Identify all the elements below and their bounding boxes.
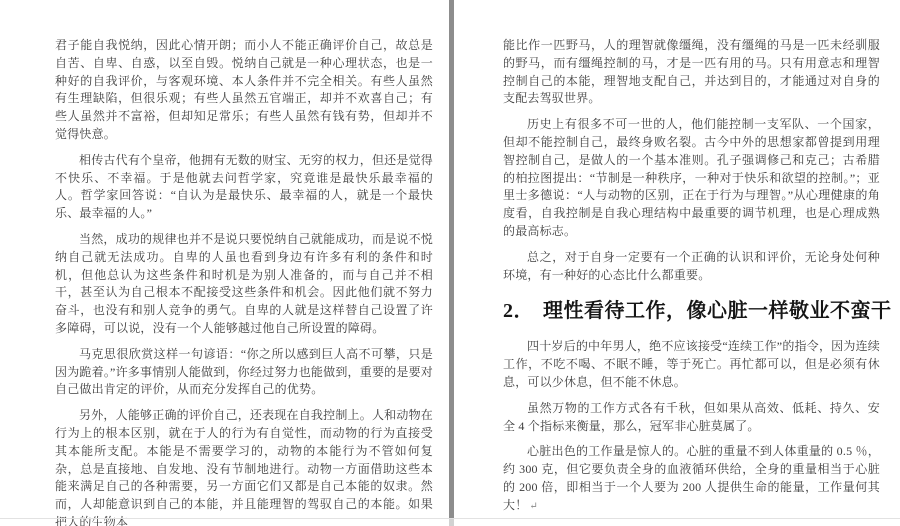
- section-number: 2．: [503, 300, 534, 322]
- document-spread: 君子能自我悦纳，因此心情开朗；而小人不能正确评价自己，故总是自苦、自卑、自惑，以…: [0, 0, 900, 526]
- paragraph-mark-icon: ↵: [529, 501, 537, 512]
- paragraph: 虽然万物的工作方式各有千秋，但如果从高效、低耗、持久、安全 4 个指标来衡量，那…: [503, 400, 880, 436]
- paragraph: 心脏出色的工作量是惊人的。心脏的重量不到人体重量的 0.5 ％，约 300 克，…: [503, 443, 880, 515]
- next-page-divider: [449, 519, 454, 526]
- paragraph: 君子能自我悦纳，因此心情开朗；而小人不能正确评价自己，故总是自苦、自卑、自惑，以…: [55, 37, 433, 144]
- page-left-text-column: 君子能自我悦纳，因此心情开朗；而小人不能正确评价自己，故总是自苦、自卑、自惑，以…: [55, 37, 433, 526]
- section-title: 理性看待工作，像心脏一样敬业不蛮干: [543, 300, 892, 322]
- paragraph: 历史上有很多不可一世的人，他们能控制一支军队、一个国家，但却不能控制自己，最终身…: [503, 116, 880, 241]
- paragraph: 四十岁后的中年男人，绝不应该接受“连续工作”的指令，因为连续工作，不吃不喝、不眠…: [503, 338, 880, 391]
- paragraph: 当然，成功的规律也并不是说只要悦纳自己就能成功，而是说不悦纳自己就无法成功。自卑…: [55, 231, 433, 338]
- section-heading: 2．理性看待工作，像心脏一样敬业不蛮干: [503, 298, 880, 324]
- paragraph: 总之，对于自身一定要有一个正确的认识和评价，无论身处何种环境，有一种好的心态比什…: [503, 249, 880, 285]
- paragraph: 马克思很欣赏这样一句谚语：“你之所以感到巨人高不可攀，只是因为跪着。”许多事情别…: [55, 346, 433, 399]
- page-left[interactable]: 君子能自我悦纳，因此心情开朗；而小人不能正确评价自己，故总是自苦、自卑、自惑，以…: [0, 0, 449, 518]
- page-right[interactable]: 能比作一匹野马，人的理智就像缰绳，没有缰绳的马是一匹未经驯服的野马，而有缰绳控制…: [454, 0, 900, 518]
- paragraph: 另外，人能够正确的评价自己，还表现在自我控制上。人和动物在行为上的根本区别，就在…: [55, 407, 433, 526]
- paragraph: 能比作一匹野马，人的理智就像缰绳，没有缰绳的马是一匹未经驯服的野马，而有缰绳控制…: [503, 37, 880, 108]
- paragraph: 相传古代有个皇帝，他拥有无数的财宝、无穷的权力，但还是觉得不快乐、不幸福。于是他…: [55, 152, 433, 223]
- page-right-text-column: 能比作一匹野马，人的理智就像缰绳，没有缰绳的马是一匹未经驯服的野马，而有缰绳控制…: [503, 37, 880, 516]
